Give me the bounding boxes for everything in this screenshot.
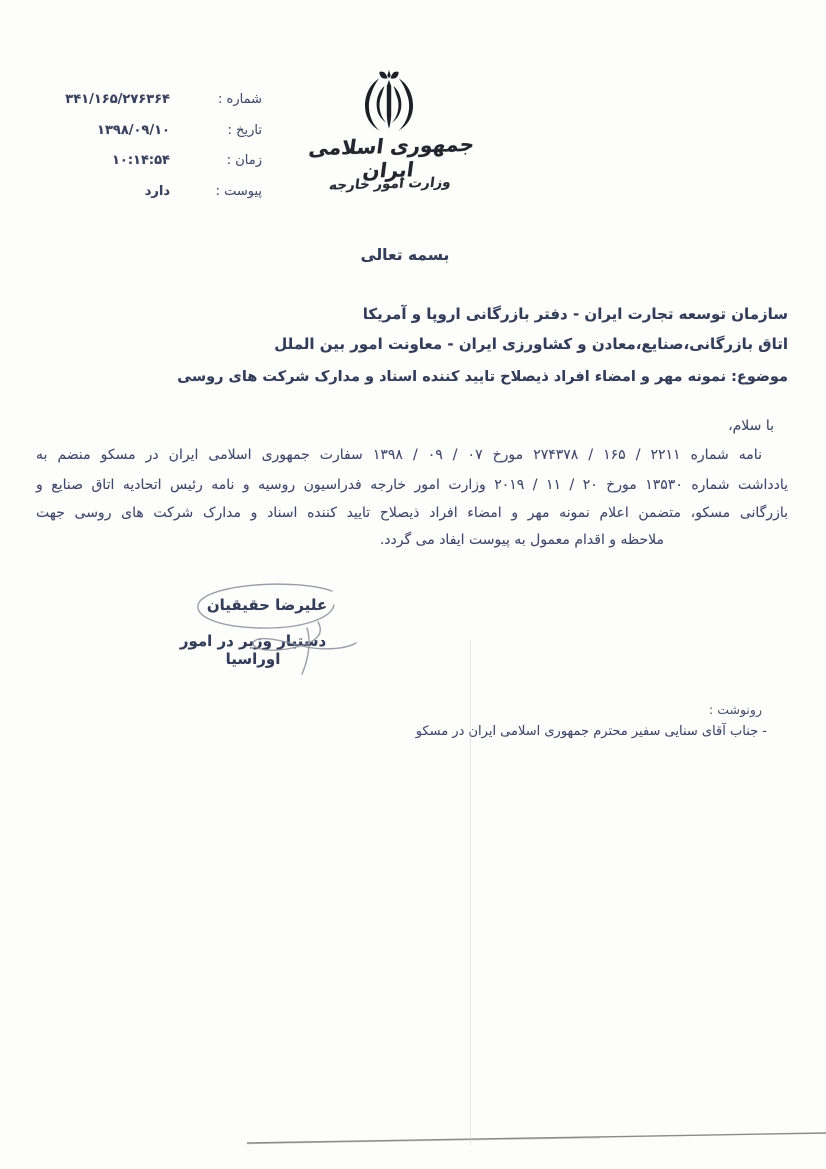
scan-edge-artifact bbox=[0, 1120, 826, 1160]
paragraph-line-3: بازرگانی مسکو، متضمن اعلام نمونه مهر و ا… bbox=[36, 503, 788, 523]
reference-row-number: شماره : ۳۴۱/۱۶۵/۲۷۶۳۶۴ bbox=[28, 92, 262, 107]
iran-national-emblem-icon bbox=[352, 64, 426, 142]
attachment-value: دارد bbox=[28, 184, 170, 199]
cc-item: - جناب آقای سنایی سفیر محترم جمهوری اسلا… bbox=[416, 724, 767, 739]
date-value: ۱۳۹۸/۰۹/۱۰ bbox=[28, 123, 170, 138]
recipient-line-1: سازمان توسعه تجارت ایران - دفتر بازرگانی… bbox=[36, 304, 788, 324]
recipient-line-2: اتاق بازرگانی،صنایع،معادن و کشاورزی ایرا… bbox=[36, 334, 788, 354]
attachment-label: پیوست : bbox=[170, 184, 262, 199]
cc-label: رونوشت : bbox=[709, 702, 762, 717]
reference-row-attachment: پیوست : دارد bbox=[28, 184, 262, 199]
paragraph-line-4: ملاحظه و اقدام معمول به پیوست ایفاد می گ… bbox=[36, 530, 788, 550]
time-label: زمان : bbox=[170, 153, 262, 168]
date-label: تاریخ : bbox=[170, 123, 262, 138]
ministry-title: وزارت امور خارجه bbox=[309, 174, 472, 194]
subject-line: موضوع: نمونه مهر و امضاء افراد ذیصلاح تا… bbox=[36, 367, 788, 387]
paragraph-line-2: یادداشت شماره ۱۳۵۳۰ مورخ ۲۰ / ۱۱ / ۲۰۱۹ … bbox=[36, 475, 788, 495]
paragraph-line-1: نامه شماره ⁦۲۷۴۳۷۸ / ۱۶۵ / ۲۲۱۱⁩ مورخ ۰۷… bbox=[36, 445, 788, 465]
invocation-bismillah: بسمه تعالی bbox=[330, 246, 480, 264]
reference-row-date: تاریخ : ۱۳۹۸/۰۹/۱۰ bbox=[28, 123, 262, 138]
scanned-letter-page: شماره : ۳۴۱/۱۶۵/۲۷۶۳۶۴ تاریخ : ۱۳۹۸/۰۹/۱… bbox=[0, 0, 826, 1169]
salutation-line: با سلام، bbox=[36, 416, 788, 436]
number-label: شماره : bbox=[170, 92, 262, 107]
reference-row-time: زمان : ۱۰:۱۴:۵۴ bbox=[28, 153, 262, 168]
handwritten-signature bbox=[150, 578, 390, 683]
time-value: ۱۰:۱۴:۵۴ bbox=[28, 153, 170, 168]
scan-streak-artifact bbox=[470, 640, 471, 1145]
number-value: ۳۴۱/۱۶۵/۲۷۶۳۶۴ bbox=[28, 92, 170, 107]
